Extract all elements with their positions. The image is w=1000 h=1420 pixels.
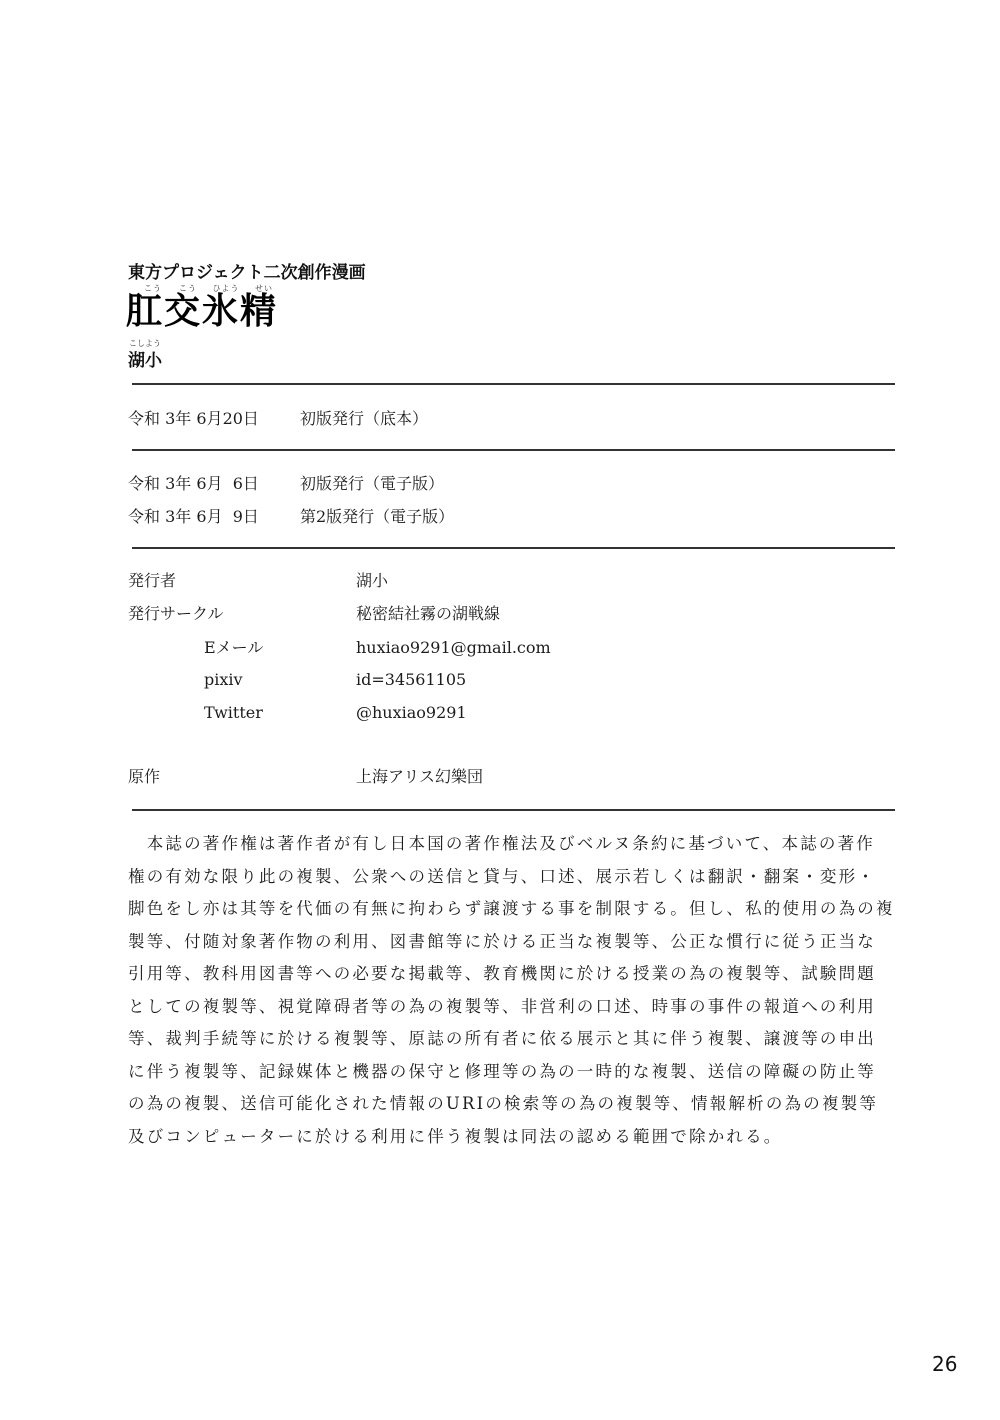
pixiv-value: id=34561105 [356,670,466,690]
copyright-line: 等、裁判手続等に於ける複製等、原誌の所有者に依る展示と其に伴う複製、譲渡等の申出 [128,1023,908,1056]
twitter-label: Twitter [204,703,263,723]
email-label: Eメール [204,638,263,658]
publisher-label: 発行者 [128,571,176,591]
date: 6月20日 [191,409,259,428]
divider-bottom [132,809,895,811]
page-number: 26 [932,1352,957,1376]
twitter-value: @huxiao9291 [356,703,467,723]
date: 6月 9日 [191,507,259,526]
copyright-line: 製等、付随対象著作物の利用、図書館等に於ける正当な複製等、公正な慣行に従う正当な [128,926,908,959]
copyright-line: 引用等、教科用図書等への必要な掲載等、教育機関に於ける授業の為の複製等、試験問題 [128,958,908,991]
circle-label: 発行サークル [128,604,224,624]
era: 令和 [128,474,160,493]
copyright-line: としての複製等、視覚障碍者等の為の複製等、非営利の口述、時事の事件の報道への利用 [128,991,908,1024]
copyright-notice: 本誌の著作権は著作者が有し日本国の著作権法及びベルヌ条約に基づいて、本誌の著作 … [128,828,908,1153]
date: 6月 6日 [191,474,259,493]
copyright-line: 本誌の著作権は著作者が有し日本国の著作権法及びベルヌ条約に基づいて、本誌の著作 [128,828,908,861]
digital-edition-2-date: 令和 3年 6月 9日 [128,507,259,527]
era: 令和 [128,507,160,526]
year: 3年 [160,409,191,428]
copyright-line: の為の複製、送信可能化された情報のURIの検索等の為の複製等、情報解析の為の複製… [128,1088,908,1121]
copyright-line: 及びコンピューターに於ける利用に伴う複製は同法の認める範囲で除かれる。 [128,1121,908,1154]
digital-edition-1-date: 令和 3年 6月 6日 [128,474,259,494]
era: 令和 [128,409,160,428]
divider-editions [132,449,895,451]
original-work-value: 上海アリス幻樂団 [356,767,483,787]
pixiv-label: pixiv [204,670,243,690]
year: 3年 [160,474,191,493]
copyright-line: 脚色をし亦は其等を代価の有無に拘わらず譲渡する事を制限する。但し、私的使用の為の… [128,893,908,926]
series-label: 東方プロジェクト二次創作漫画 [128,258,366,283]
book-title: 肛交氷精 [126,292,278,332]
original-work-label: 原作 [128,767,160,787]
digital-edition-1-label: 初版発行（電子版） [300,474,444,494]
copyright-line: に伴う複製等、記録媒体と機器の保守と修理等の為の一時的な複製、送信の障礙の防止等 [128,1056,908,1089]
divider-credits [132,547,895,549]
digital-edition-2-label: 第2版発行（電子版） [300,507,454,527]
email-value: huxiao9291@gmail.com [356,638,551,658]
year: 3年 [160,507,191,526]
author-name: 湖小 [128,346,162,371]
publisher-value: 湖小 [356,571,388,591]
base-edition-label: 初版発行（底本） [300,409,428,429]
base-edition-date: 令和 3年 6月20日 [128,409,259,429]
copyright-line: 権の有効な限り此の複製、公衆への送信と貸与、口述、展示若しくは翻訳・翻案・変形・ [128,861,908,894]
divider-top [132,383,895,385]
circle-value: 秘密結社霧の湖戦線 [356,604,500,624]
